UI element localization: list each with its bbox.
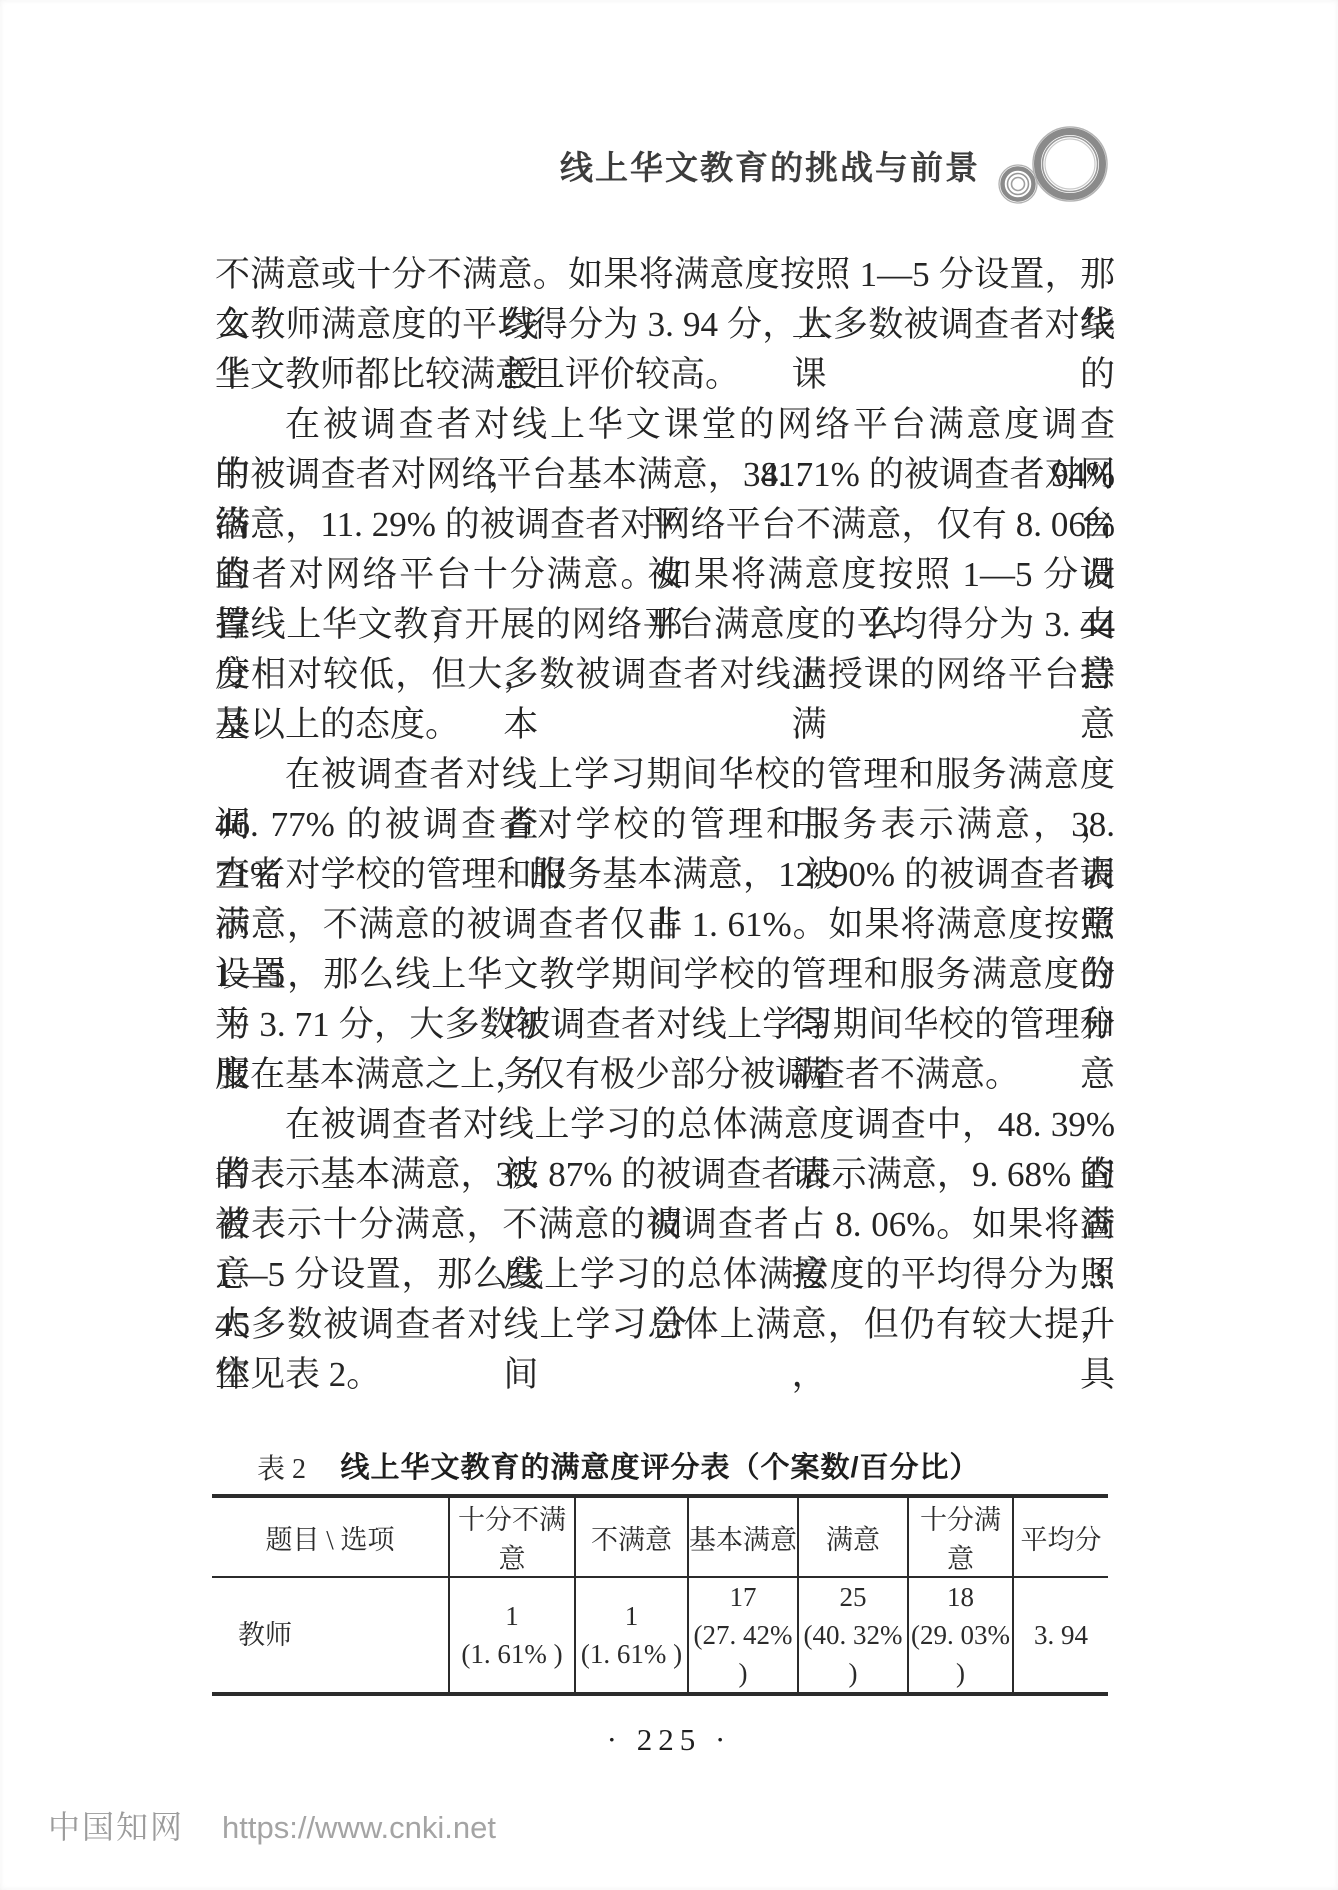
count-percent: (29. 03% ) (909, 1616, 1012, 1692)
body-line: 者表示十分满意，不满意的被调查者占 8. 06%。如果将满意度按照 (215, 1200, 1115, 1250)
cnki-watermark: 中国知网 https://www.cnki.net (48, 1802, 496, 1848)
body-line: 为 3. 71 分，大多数被调查者对线上学习期间华校的管理和服务满意 (215, 1000, 1115, 1050)
count-percent: (1. 61% ) (450, 1635, 574, 1673)
count-cell: 25(40. 32% ) (798, 1577, 908, 1694)
count-value: 1 (450, 1597, 574, 1635)
table-header-cell: 不满意 (575, 1496, 688, 1577)
table-header-row: 题目 \ 选项十分不满意不满意基本满意满意十分满意平均分 (212, 1496, 1108, 1577)
count-value: 1 (576, 1597, 687, 1635)
body-line: 在被调查者对线上学习期间华校的管理和服务满意度调查中， (215, 750, 1115, 800)
body-line: 者表示基本满意，33. 87% 的被调查者表示满意，9. 68% 的被调查 (215, 1150, 1115, 1200)
count-percent: (1. 61% ) (576, 1635, 687, 1673)
body-line: 设置，那么线上华文教学期间学校的管理和服务满意度的平均得分 (215, 950, 1115, 1000)
count-cell: 1(1. 61% ) (575, 1577, 688, 1694)
body-text: 不满意或十分不满意。如果将满意度按照 1—5 分设置，那么线上华文教师满意度的平… (215, 250, 1115, 1400)
cnki-brand: 中国知网 (48, 1802, 184, 1848)
body-line: 撑线上华文教育开展的网络平台满意度的平均得分为 3. 44 分，满意 (215, 600, 1115, 650)
document-page: 线上华文教育的挑战与前景 不满意或十分不满意。如果将满意度按照 1—5 分设置，… (0, 0, 1338, 1890)
body-line: 46. 77% 的被调查者对学校的管理和服务表示满意，38. 71% 的被调 (215, 800, 1115, 850)
table-header-cell: 十分不满意 (449, 1496, 575, 1577)
table-header-cell: 题目 \ 选项 (212, 1496, 449, 1577)
double-rings-logo-icon (994, 120, 1112, 216)
count-percent: (40. 32% ) (799, 1616, 907, 1692)
body-line: 的被调查者对网络平台基本满意，38. 71% 的被调查者对网络平台 (215, 450, 1115, 500)
table-caption-title: 线上华文教育的满意度评分表（个案数/百分比） (212, 1445, 1108, 1486)
running-header: 线上华文教育的挑战与前景 (0, 118, 1112, 218)
count-value: 18 (909, 1578, 1012, 1616)
body-line: 满意，11. 29% 的被调查者对网络平台不满意，仅有 8. 06% 的被调 (215, 500, 1115, 550)
table-header-cell: 十分满意 (908, 1496, 1013, 1577)
body-line: 查者对网络平台十分满意。如果将满意度按照 1—5 分设置，那么支 (215, 550, 1115, 600)
body-line: 在被调查者对线上学习的总体满意度调查中，48. 39% 的被调查 (215, 1100, 1115, 1150)
body-line: 文教师满意度的平均得分为 3. 94 分，大多数被调查者对线上授课的 (215, 300, 1115, 350)
cnki-url: https://www.cnki.net (222, 1810, 496, 1846)
body-line: 不满意或十分不满意。如果将满意度按照 1—5 分设置，那么线上华 (215, 250, 1115, 300)
body-line: 1—5 分设置，那么线上学习的总体满意度的平均得分为 3. 45 分， (215, 1250, 1115, 1300)
row-label: 教师 (212, 1577, 449, 1694)
count-cell: 1(1. 61% ) (449, 1577, 575, 1694)
table-body: 教师1(1. 61% )1(1. 61% )17(27. 42% )25(40.… (212, 1577, 1108, 1694)
table-header-cell: 满意 (798, 1496, 908, 1577)
average-score-cell: 3. 94 (1013, 1577, 1108, 1694)
count-cell: 18(29. 03% ) (908, 1577, 1013, 1694)
count-value: 17 (689, 1578, 797, 1616)
count-value: 25 (799, 1578, 907, 1616)
table-caption: 表 2 线上华文教育的满意度评分表（个案数/百分比） (212, 1443, 1108, 1487)
table-header-cell: 基本满意 (688, 1496, 798, 1577)
running-header-title: 线上华文教育的挑战与前景 (560, 142, 980, 195)
count-percent: (27. 42% ) (689, 1616, 797, 1692)
body-line: 满意，不满意的被调查者仅占 1. 61%。如果将满意度按照 1—5 分 (215, 900, 1115, 950)
body-line: 在被调查者对线上华文课堂的网络平台满意度调查中，41. 94% (215, 400, 1115, 450)
body-line: 大多数被调查者对线上学习总体上满意，但仍有较大提升空间，具 (215, 1300, 1115, 1350)
table-row: 教师1(1. 61% )1(1. 61% )17(27. 42% )25(40.… (212, 1577, 1108, 1694)
table-header-cell: 平均分 (1013, 1496, 1108, 1577)
count-cell: 17(27. 42% ) (688, 1577, 798, 1694)
page-number: · 225 · (0, 1722, 1338, 1758)
satisfaction-score-table: 题目 \ 选项十分不满意不满意基本满意满意十分满意平均分 教师1(1. 61% … (212, 1494, 1108, 1696)
body-line: 度在基本满意之上，仅有极少部分被调查者不满意。 (215, 1050, 1115, 1100)
body-line: 查者对学校的管理和服务基本满意，12. 90% 的被调查者表示非常 (215, 850, 1115, 900)
body-line: 度相对较低，但大多数被调查者对线上授课的网络平台持基本满意 (215, 650, 1115, 700)
